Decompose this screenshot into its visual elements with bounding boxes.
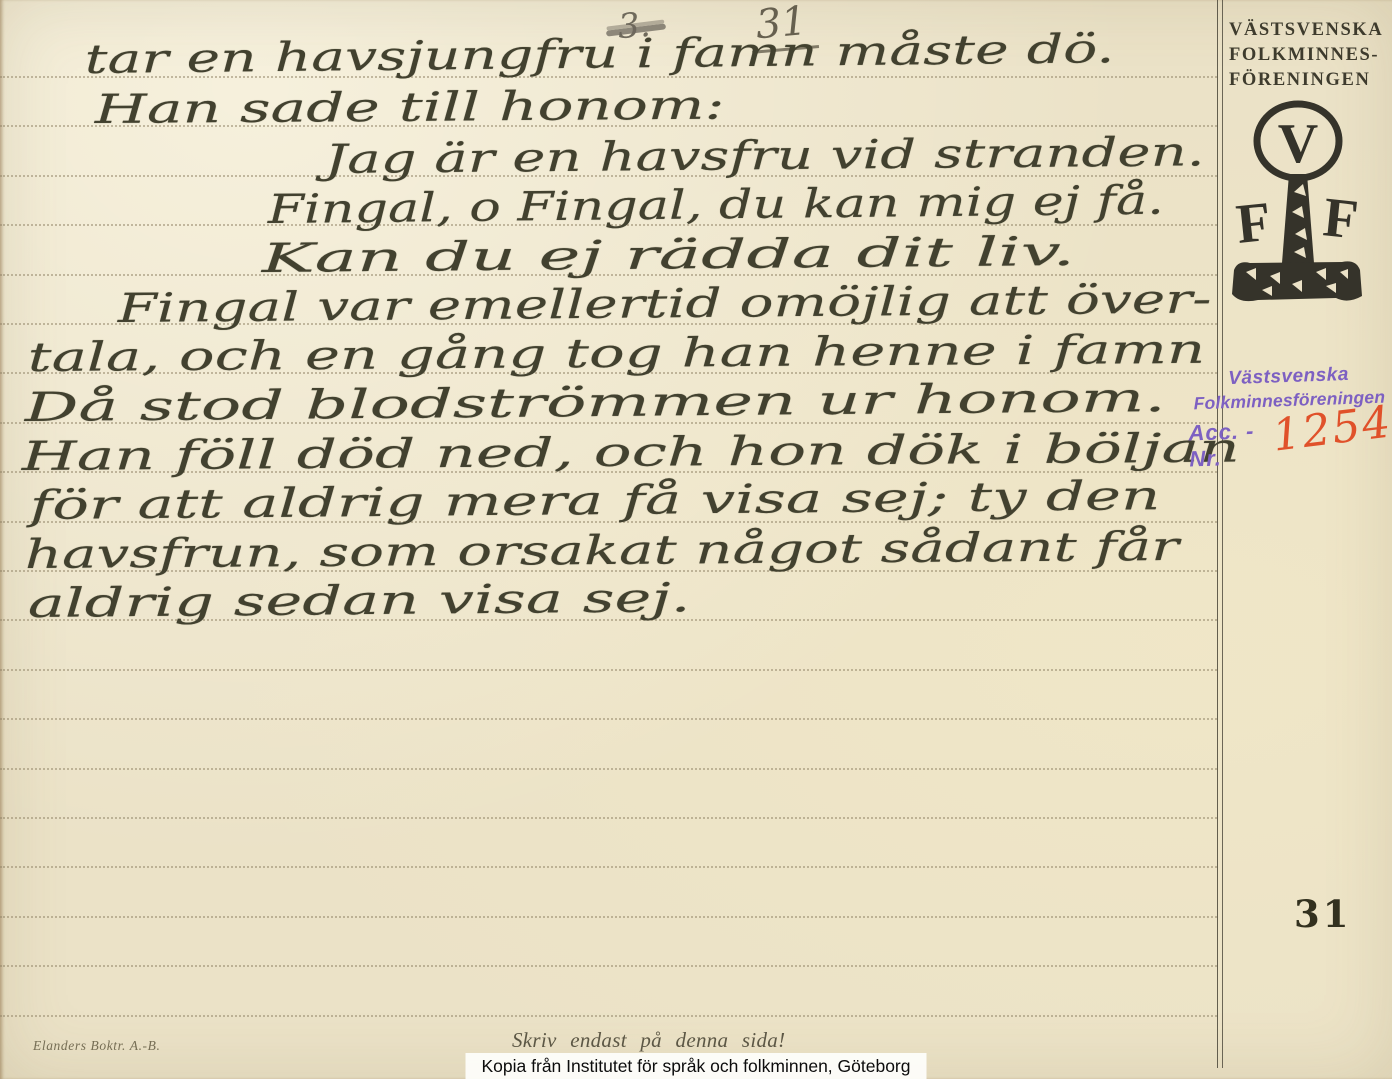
- ruled-line: [0, 916, 1217, 918]
- ruled-line: [0, 817, 1217, 819]
- archive-caption-band: Kopia från Institutet för språk och folk…: [466, 1053, 927, 1079]
- logo-right-letter: F: [1320, 186, 1361, 251]
- organization-name-line1: VÄSTSVENSKA: [1229, 18, 1389, 43]
- margin-divider-line: [1217, 0, 1223, 1068]
- handwriting-line: Han sade till honom:: [95, 82, 725, 138]
- handwriting-line: tar en havsjungfru i famn måste dö.: [84, 25, 1114, 88]
- printed-page-number: 31: [1294, 892, 1352, 936]
- write-only-this-side-note: Skriv endast på denna sida!: [512, 1028, 785, 1053]
- ruled-line: [0, 1015, 1217, 1017]
- handwriting-line: aldrig sedan visa sej.: [28, 574, 691, 632]
- archive-caption-text: Kopia från Institutet för språk och folk…: [482, 1056, 911, 1077]
- stamp-acc-label: Acc. - Nr.: [1188, 418, 1268, 473]
- ruled-line: [0, 669, 1217, 671]
- stamp-acc-number: 1254: [1270, 402, 1392, 456]
- organization-name: VÄSTSVENSKA FOLKMINNES- FÖRENINGEN: [1229, 18, 1389, 93]
- ruled-line: [0, 768, 1217, 770]
- printer-imprint: Elanders Boktr. A.-B.: [33, 1038, 160, 1054]
- logo-ring-letter: V: [1278, 113, 1318, 175]
- organization-name-line3: FÖRENINGEN: [1229, 68, 1389, 93]
- ruled-line: [0, 965, 1217, 967]
- manuscript-page: 3. 31 tar en havsjungfru i famn måste dö…: [0, 0, 1392, 1079]
- ruled-line: [0, 718, 1217, 720]
- organization-name-line2: FOLKMINNES-: [1229, 43, 1389, 68]
- ruled-line: [0, 866, 1217, 868]
- vff-thors-hammer-logo-icon: V F F: [1228, 100, 1364, 325]
- logo-left-letter: F: [1233, 191, 1274, 256]
- accession-stamp: Västsvenska Folkminnesföreningen Acc. - …: [1186, 362, 1392, 472]
